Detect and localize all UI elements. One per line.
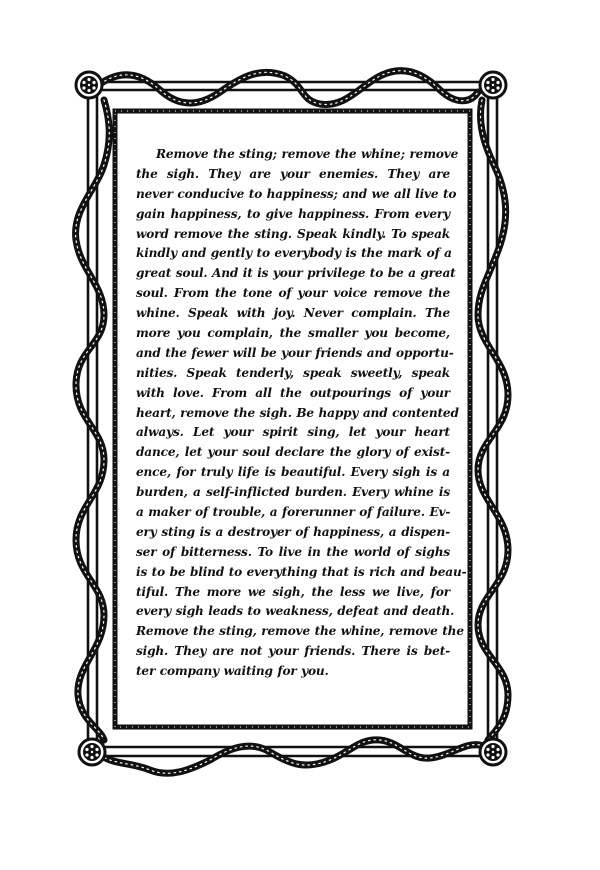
passage-line: heart, remove the sigh. Be happy and con… (136, 404, 450, 424)
passage-line: ser of bitterness. To live in the world … (136, 543, 450, 563)
passage-line: nities. Speak tenderly, speak sweetly, s… (136, 364, 450, 384)
passage-line: word remove the sting. Speak kindly. To … (136, 225, 450, 245)
passage-line: burden, a self-inflicted burden. Every w… (136, 483, 450, 503)
corner-rosette-bottom-right (480, 739, 506, 765)
corner-rosette-bottom-left (79, 739, 105, 765)
passage-line: the sigh. They are your enemies. They ar… (136, 165, 450, 185)
passage-line: ery sting is a destroyer of happiness, a… (136, 523, 450, 543)
passage-line: Remove the sting; remove the whine; remo… (136, 145, 450, 165)
passage-line: a maker of trouble, a forerunner of fail… (136, 503, 450, 523)
passage-line: great soul. And it is your privilege to … (136, 264, 450, 284)
passage-line: sigh. They are not your friends. There i… (136, 642, 450, 662)
passage-line: always. Let your spirit sing, let your h… (136, 423, 450, 443)
corner-rosette-top-left (76, 72, 102, 98)
passage-line: with love. From all the outpourings of y… (136, 384, 450, 404)
passage-line: whine. Speak with joy. Never complain. T… (136, 304, 450, 324)
passage-line: Remove the sting, remove the whine, remo… (136, 622, 450, 642)
passage-text: Remove the sting; remove the whine; remo… (136, 145, 450, 682)
passage-line: gain happiness, to give happiness. From … (136, 205, 450, 225)
corner-rosette-top-right (480, 72, 506, 98)
passage-line: and the fewer will be your friends and o… (136, 344, 450, 364)
passage-line: ter company waiting for you. (136, 662, 450, 682)
passage-line: every sigh leads to weakness, defeat and… (136, 602, 450, 622)
passage-line: kindly and gently to everybody is the ma… (136, 244, 450, 264)
passage-line: is to be blind to everything that is ric… (136, 563, 450, 583)
passage-line: dance, let your soul declare the glory o… (136, 443, 450, 463)
passage-line: tiful. The more we sigh, the less we liv… (136, 583, 450, 603)
passage-line: more you complain, the smaller you becom… (136, 324, 450, 344)
passage-line: soul. From the tone of your voice remove… (136, 284, 450, 304)
passage-line: ence, for truly life is beautiful. Every… (136, 463, 450, 483)
passage-line: never conducive to happiness; and we all… (136, 185, 450, 205)
